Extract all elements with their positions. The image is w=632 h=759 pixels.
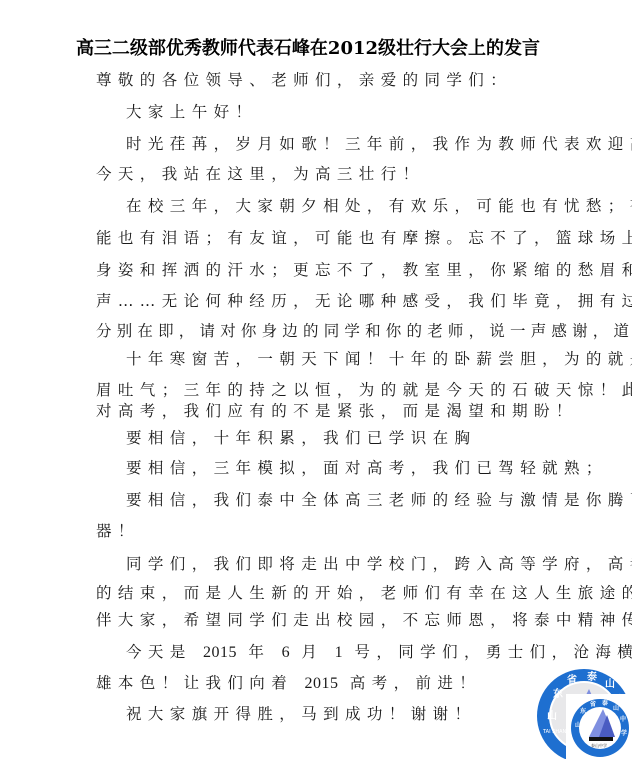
svg-text:山: 山 xyxy=(605,677,615,690)
svg-text:TAI SHAN: TAI SHAN xyxy=(542,729,567,735)
paragraph-line: 在校三年，大家朝夕相处，有欢乐，可能也有忧愁；有笑声，可 xyxy=(126,196,632,216)
svg-text:山: 山 xyxy=(613,704,619,712)
svg-text:山: 山 xyxy=(547,709,557,722)
salutation: 尊敬的各位领导、老师们，亲爱的同学们： xyxy=(96,70,512,90)
svg-text:省: 省 xyxy=(590,700,596,708)
paragraph-line: 时光荏苒，岁月如歌！三年前，我作为教师代表欢迎高一新生： xyxy=(126,134,632,154)
closing-line: 祝大家旗开得胜，马到成功！谢谢！ xyxy=(126,704,476,724)
document-title: 高三二级部优秀教师代表石峰在2012级壮行大会上的发言 xyxy=(0,34,624,60)
greeting: 大家上午好！ xyxy=(126,102,257,122)
paragraph-line: 十年寒窗苦，一朝天下闻！十年的卧薪尝胆，为的就是今日的扬 xyxy=(126,349,632,369)
svg-text:山: 山 xyxy=(575,721,581,729)
paragraph-line: 分别在即，请对你身边的同学和你的老师，说一声感谢，道一声辛苦！ xyxy=(96,321,632,341)
paragraph-line: 声……无论何种经历，无论哪种感受，我们毕竟，拥有过！奋斗过！ xyxy=(96,291,632,311)
paragraph-line: 身姿和挥洒的汗水；更忘不了，教室里，你紧缩的愁眉和朗朗的书 xyxy=(96,260,632,280)
paragraph-line: 要相信，我们泰中全体高三老师的经验与激情是你腾飞的助推 xyxy=(126,490,632,510)
svg-text:东: 东 xyxy=(553,687,563,700)
svg-text:学: 学 xyxy=(621,729,627,737)
paragraph-line: 器！ xyxy=(96,521,140,541)
paragraph-line: 雄本色！让我们向着 2015 高考，前进！ xyxy=(96,673,481,694)
paragraph-line: 要相信，三年模拟，面对高考，我们已驾轻就熟； xyxy=(126,458,608,478)
school-logo-small-icon: 泰山中学 山 东 省 泰 山 中 学 xyxy=(569,697,631,759)
paragraph-line: 今天是 2015 年 6 月 1 号，同学们，勇士们，沧海横流，方显英 xyxy=(126,642,632,663)
paragraph-line: 同学们，我们即将走出中学校门，跨入高等学府，高考不是学习 xyxy=(126,554,632,574)
svg-text:泰: 泰 xyxy=(602,699,608,707)
paragraph-line: 伴大家，希望同学们走出校园，不忘师恩，将泰中精神传播天下！ xyxy=(96,610,632,630)
svg-text:泰山中学: 泰山中学 xyxy=(591,742,607,748)
svg-text:泰: 泰 xyxy=(587,670,597,683)
paragraph-line: 对高考，我们应有的不是紧张，而是渴望和期盼！ xyxy=(96,401,578,421)
svg-text:东: 东 xyxy=(580,707,586,715)
paragraph-line: 要相信，十年积累，我们已学识在胸 xyxy=(126,428,476,448)
paragraph-line: 今天，我站在这里，为高三壮行！ xyxy=(96,164,425,184)
svg-text:省: 省 xyxy=(567,673,577,686)
svg-text:中: 中 xyxy=(620,715,626,723)
paragraph-line: 眉吐气；三年的持之以恒，为的就是今天的石破天惊！此时此刻，面 xyxy=(96,380,632,400)
paragraph-line: 能也有泪语；有友谊，可能也有摩擦。忘不了，篮球场上，你矫健的 xyxy=(96,228,632,248)
paragraph-line: 的结束，而是人生新的开始，老师们有幸在这人生旅途的紧要关头陪 xyxy=(96,583,632,603)
